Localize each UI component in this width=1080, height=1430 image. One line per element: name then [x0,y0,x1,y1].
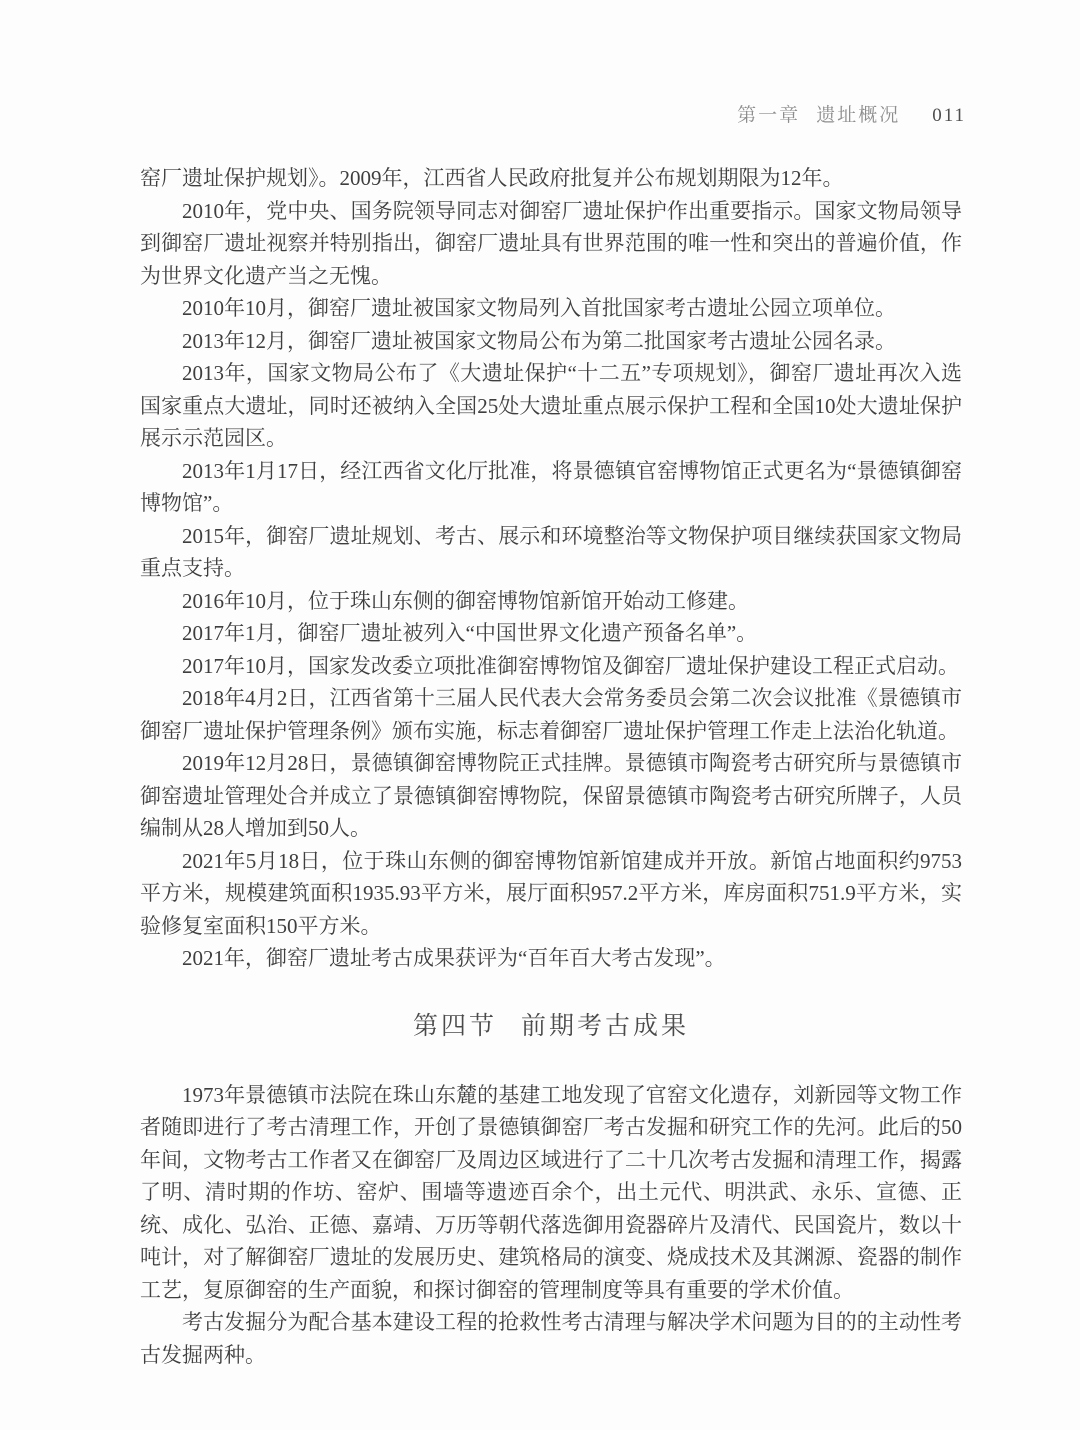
book-page: 第一章遗址概况011 窑厂遗址保护规划》。2009年，江西省人民政府批复并公布规… [0,0,1080,1430]
page-number: 011 [932,105,966,126]
paragraph: 2015年，御窑厂遗址规划、考古、展示和环境整治等文物保护项目继续获国家文物局重… [140,520,962,585]
paragraph: 2021年，御窑厂遗址考古成果获评为“百年百大考古发现”。 [140,942,962,975]
paragraph: 2017年10月，国家发改委立项批准御窑博物馆及御窑厂遗址保护建设工程正式启动。 [140,650,962,683]
paragraph: 2010年10月，御窑厂遗址被国家文物局列入首批国家考古遗址公园立项单位。 [140,292,962,325]
paragraph: 考古发掘分为配合基本建设工程的抢救性考古清理与解决学术问题为目的的主动性考古发掘… [140,1306,962,1371]
paragraph: 2019年12月28日，景德镇御窑博物院正式挂牌。景德镇市陶瓷考古研究所与景德镇… [140,747,962,845]
paragraph: 2013年12月，御窑厂遗址被国家文物局公布为第二批国家考古遗址公园名录。 [140,325,962,358]
section-heading-number: 第四节 [413,1013,497,1040]
section-heading-title: 前期考古成果 [521,1013,689,1040]
paragraph: 1973年景德镇市法院在珠山东麓的基建工地发现了官窑文化遗存，刘新园等文物工作者… [140,1079,962,1307]
paragraph: 2016年10月，位于珠山东侧的御窑博物馆新馆开始动工修建。 [140,585,962,618]
paragraph: 窑厂遗址保护规划》。2009年，江西省人民政府批复并公布规划期限为12年。 [140,162,962,195]
paragraph: 2013年1月17日，经江西省文化厅批准，将景德镇官窑博物馆正式更名为“景德镇御… [140,455,962,520]
paragraph: 2017年1月，御窑厂遗址被列入“中国世界文化遗产预备名单”。 [140,617,962,650]
section-heading: 第四节前期考古成果 [140,1007,962,1047]
running-head-section: 遗址概况 [816,105,900,126]
paragraph: 2021年5月18日，位于珠山东侧的御窑博物馆新馆建成并开放。新馆占地面积约97… [140,845,962,943]
page-header: 第一章遗址概况011 [737,100,966,127]
running-head-chapter: 第一章 [737,105,800,126]
paragraph: 2018年4月2日，江西省第十三届人民代表大会常务委员会第二次会议批准《景德镇市… [140,682,962,747]
page-body: 窑厂遗址保护规划》。2009年，江西省人民政府批复并公布规划期限为12年。 20… [140,162,962,1371]
paragraph: 2010年，党中央、国务院领导同志对御窑厂遗址保护作出重要指示。国家文物局领导到… [140,195,962,293]
paragraph: 2013年，国家文物局公布了《大遗址保护“十二五”专项规划》，御窑厂遗址再次入选… [140,357,962,455]
